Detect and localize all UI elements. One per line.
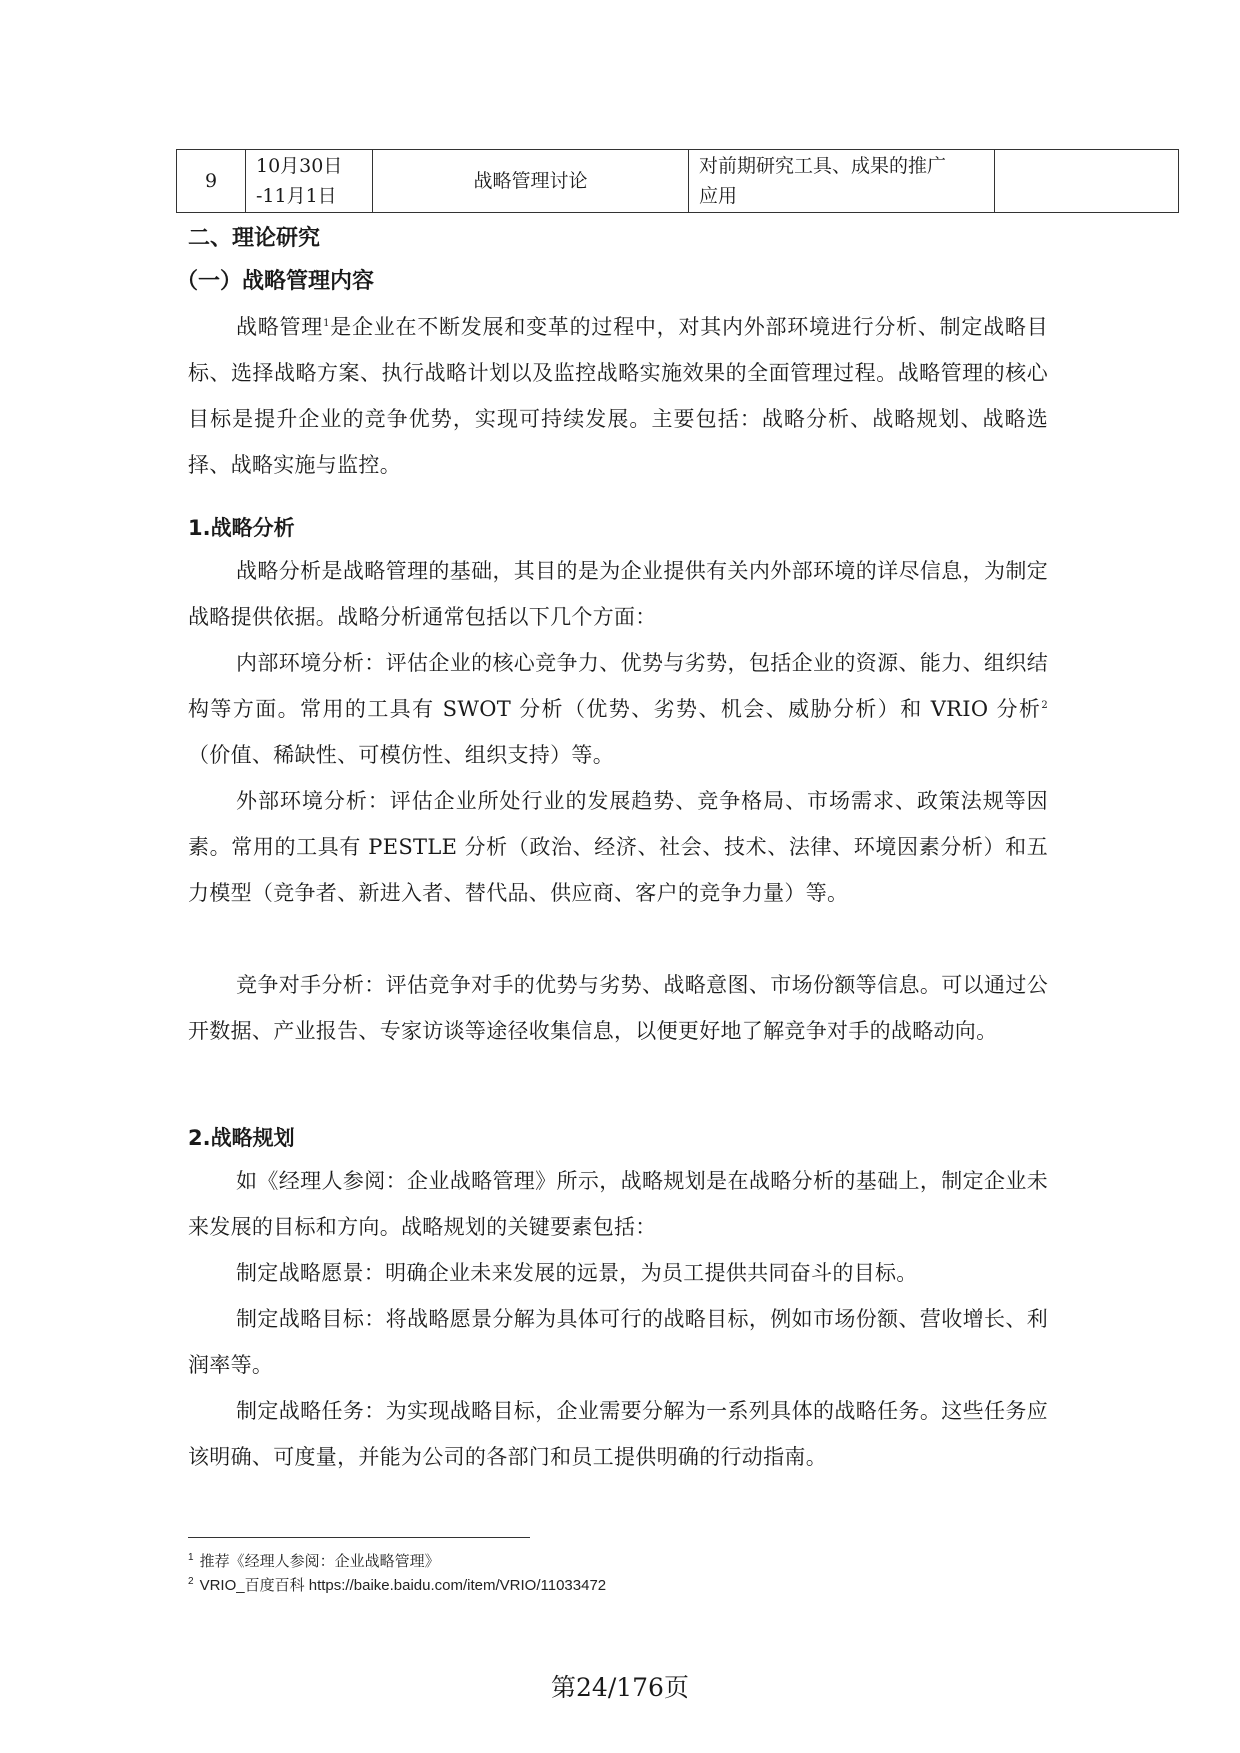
part1-paragraph-1: 战略分析是战略管理的基础，其目的是为企业提供有关内外部环境的详尽信息，为制定战略… [188,548,1048,640]
table-row: 9 10月30日 -11月1日 战略管理讨论 对前期研究工具、成果的推广 应用 [177,150,1179,213]
p2-before: 内部环境分析：评估企业的核心竞争力、优势与劣势，包括企业的资源、能力、组织结构等… [188,651,1048,721]
footnote-2: 2VRIO_百度百科 https://baike.baidu.com/item/… [188,1574,606,1598]
cell-index: 9 [177,150,246,213]
date-start: 10月30日 [256,151,362,181]
footnote-ref-1[interactable]: 1 [323,318,330,329]
intro-lead: 战略管理 [236,315,323,339]
cell-date: 10月30日 -11月1日 [246,150,373,213]
part2-paragraph-3: 制定战略目标：将战略愿景分解为具体可行的战略目标，例如市场份额、营收增长、利润率… [188,1296,1048,1388]
footnotes: 1推荐《经理人参阅：企业战略管理》 2VRIO_百度百科 https://bai… [188,1550,606,1598]
cell-goal: 对前期研究工具、成果的推广 应用 [689,150,995,213]
cell-topic: 战略管理讨论 [373,150,689,213]
part1-paragraph-2: 内部环境分析：评估企业的核心竞争力、优势与劣势，包括企业的资源、能力、组织结构等… [188,640,1048,778]
section-heading: 二、理论研究 [188,221,1048,252]
part2-paragraph-1: 如《经理人参阅：企业战略管理》所示，战略规划是在战略分析的基础上，制定企业未来发… [188,1158,1048,1250]
part2-paragraph-4: 制定战略任务：为实现战略目标，企业需要分解为一系列具体的战略任务。这些任务应该明… [188,1388,1048,1480]
footnote-separator [188,1537,530,1538]
footnote-ref-2[interactable]: 2 [1041,700,1048,711]
footnote-link[interactable]: VRIO_百度百科 https://baike.baidu.com/item/V… [200,1577,607,1594]
part1-paragraph-4: 竞争对手分析：评估竞争对手的优势与劣势、战略意图、市场份额等信息。可以通过公开数… [188,962,1048,1054]
part1-heading: 1.战略分析 [188,512,1048,542]
footnote-number: 2 [188,1576,194,1587]
document-page: 9 10月30日 -11月1日 战略管理讨论 对前期研究工具、成果的推广 应用 … [0,0,1240,1753]
date-end: -11月1日 [256,181,362,211]
p2-after: （价值、稀缺性、可模仿性、组织支持）等。 [188,743,614,767]
intro-paragraph: 战略管理1是企业在不断发展和变革的过程中，对其内外部环境进行分析、制定战略目标、… [188,304,1048,488]
subsection-heading: （一）战略管理内容 [176,264,1036,295]
part2-paragraph-2: 制定战略愿景：明确企业未来发展的远景，为员工提供共同奋斗的目标。 [188,1250,1048,1296]
schedule-table: 9 10月30日 -11月1日 战略管理讨论 对前期研究工具、成果的推广 应用 [176,149,1179,213]
goal-line-1: 对前期研究工具、成果的推广 [699,151,984,181]
goal-line-2: 应用 [699,181,984,211]
footnote-1: 1推荐《经理人参阅：企业战略管理》 [188,1550,606,1574]
part2-heading: 2.战略规划 [188,1122,1048,1152]
footnote-number: 1 [188,1552,194,1563]
cell-note [995,150,1179,213]
intro-text: 是企业在不断发展和变革的过程中，对其内外部环境进行分析、制定战略目标、选择战略方… [188,315,1048,477]
part1-paragraph-3: 外部环境分析：评估企业所处行业的发展趋势、竞争格局、市场需求、政策法规等因素。常… [188,778,1048,916]
footnote-text: 推荐《经理人参阅：企业战略管理》 [200,1553,440,1570]
page-number: 第24/176页 [0,1668,1240,1704]
